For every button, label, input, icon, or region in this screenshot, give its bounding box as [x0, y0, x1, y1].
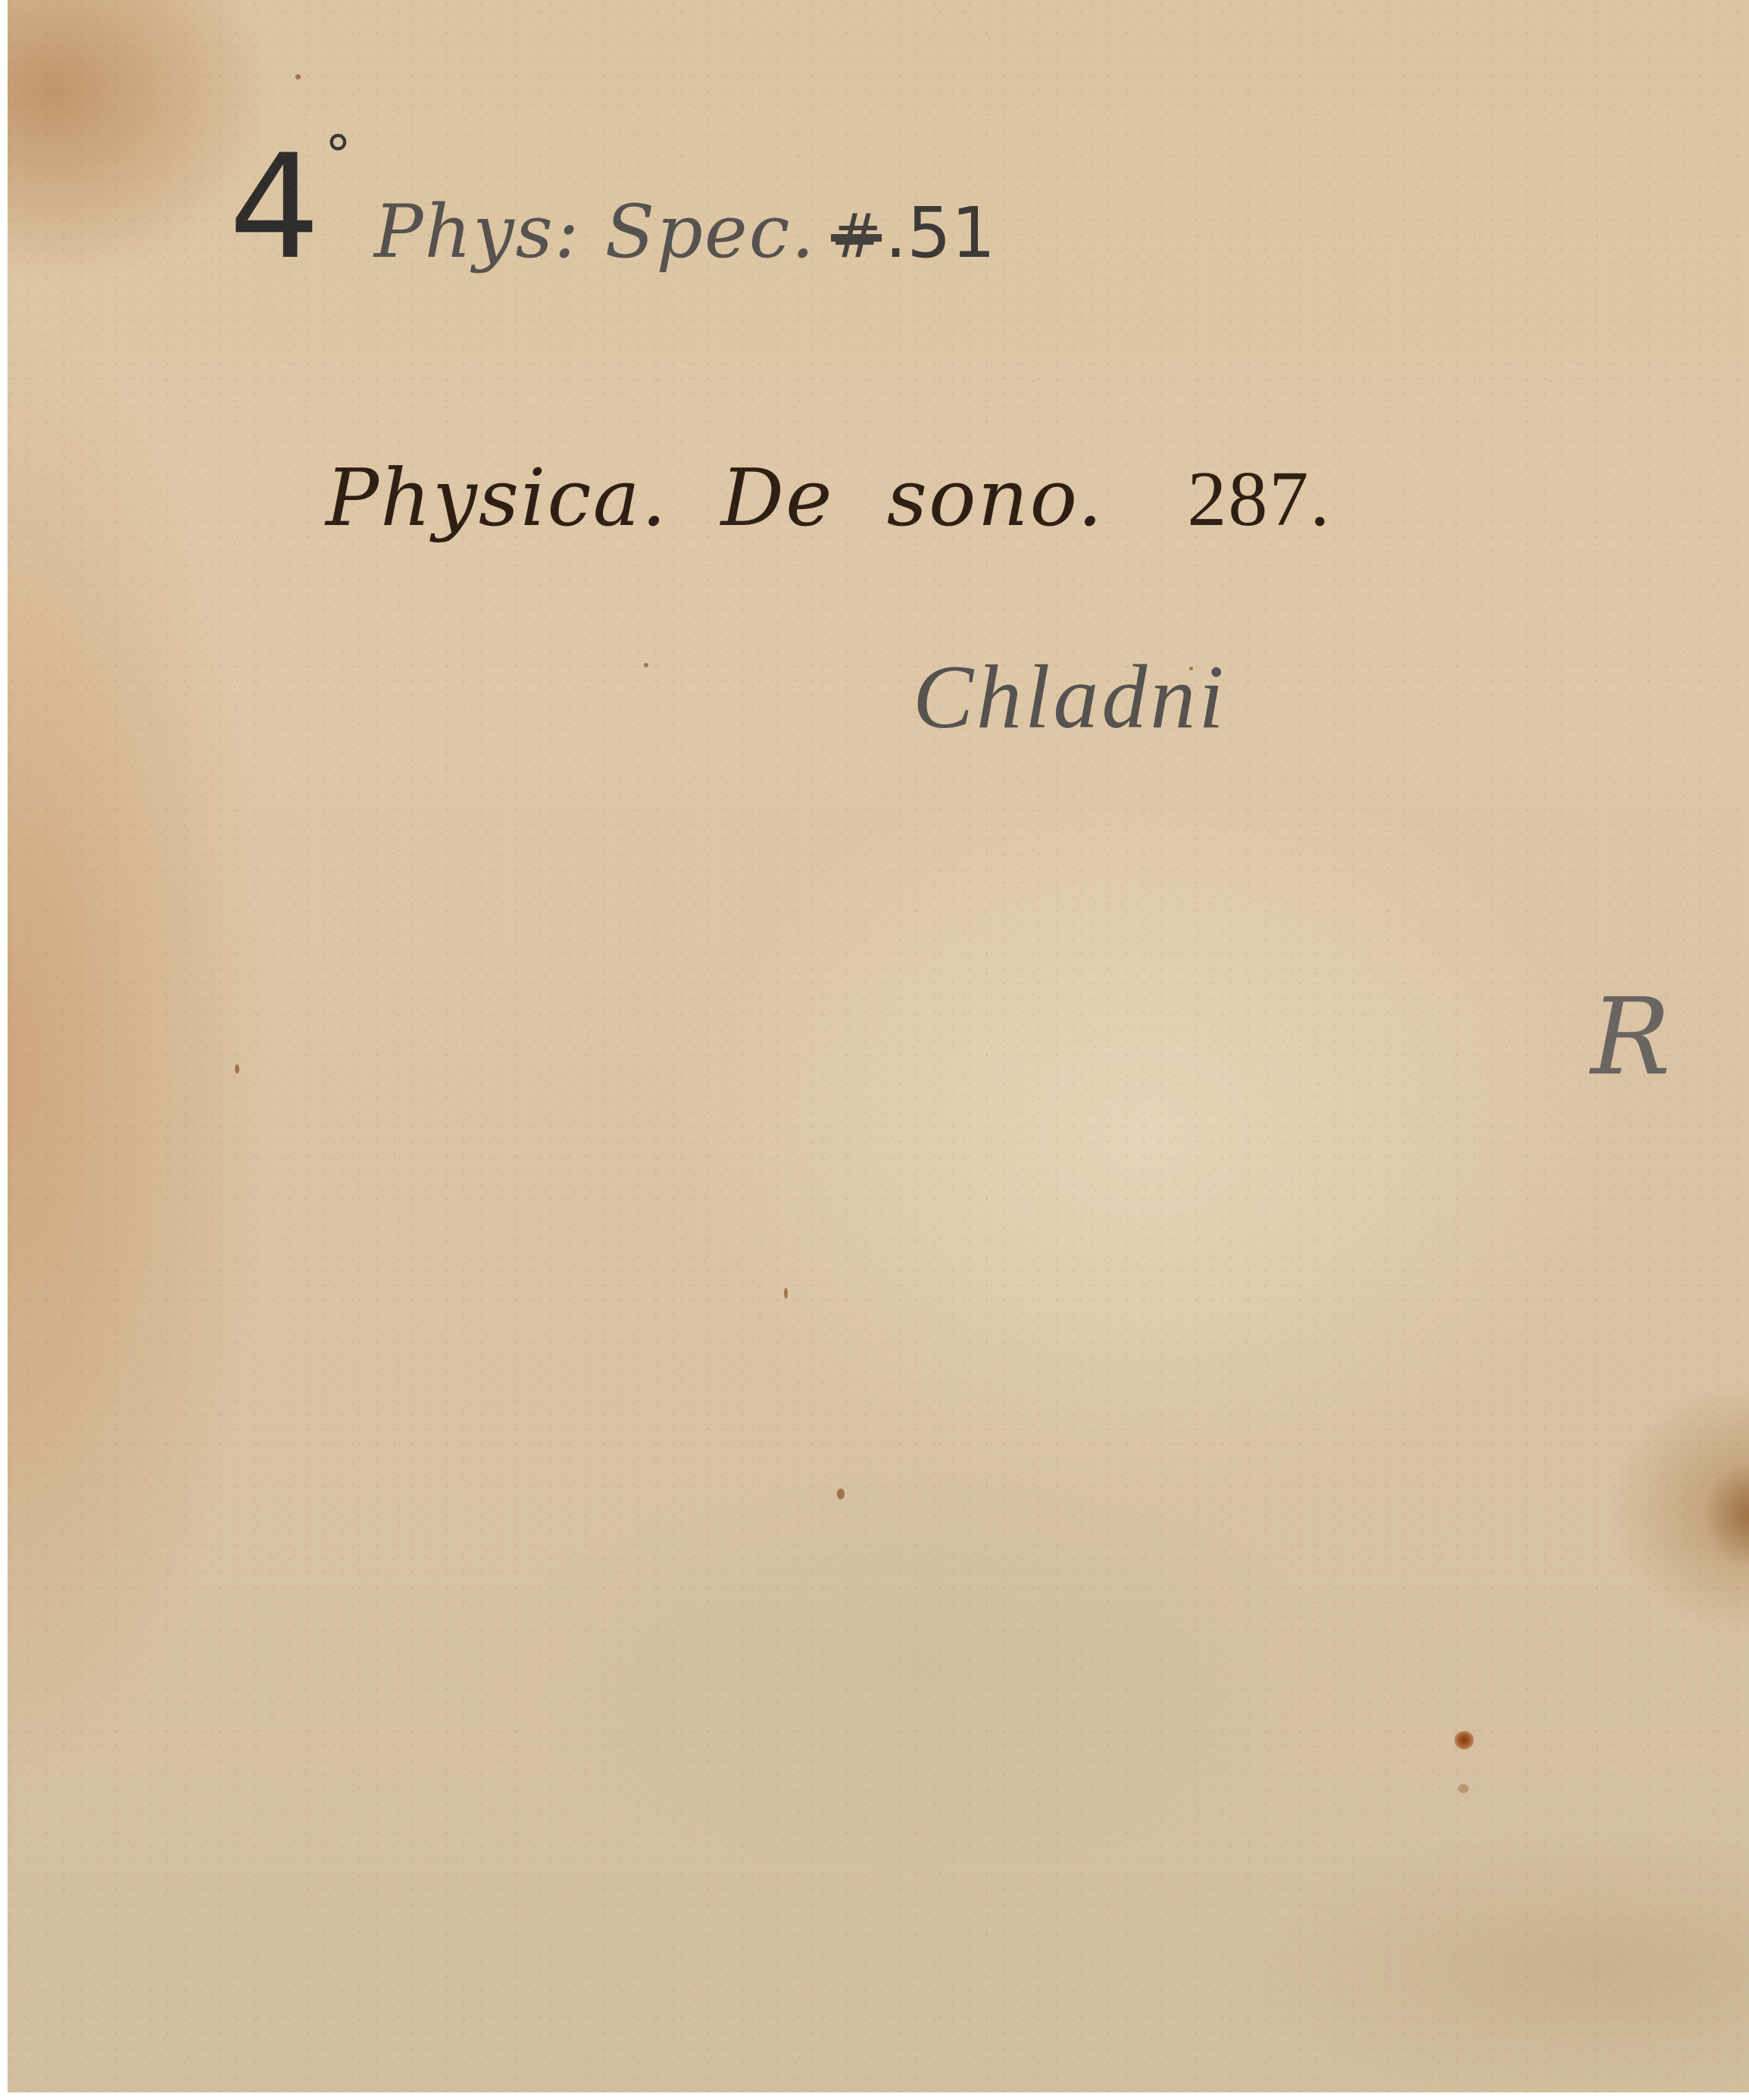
- title-annotation: Physica.Desono.287.: [326, 458, 1384, 539]
- shelfmark-label: Phys: Spec.: [374, 189, 816, 274]
- endpaper-page: 4°Phys: Spec.#.51 Physica.Desono.287. Ch…: [8, 0, 1749, 2092]
- shelfmark-degree: °: [325, 124, 351, 186]
- author-annotation: Chladni: [913, 652, 1227, 742]
- paper-fleck: [235, 1064, 239, 1073]
- edge-stain: [1704, 1462, 1749, 1568]
- title-word-sono: sono.: [887, 452, 1104, 544]
- paper-fleck: [784, 1288, 788, 1298]
- paper-fleck: [644, 663, 648, 667]
- shelfmark-number: .51: [885, 192, 995, 273]
- shelfmark-annotation: 4°Phys: Spec.#.51: [229, 129, 995, 280]
- title-word-de: De: [721, 452, 834, 544]
- foxing-spot: [1454, 1731, 1474, 1749]
- title-number: 287.: [1187, 455, 1331, 542]
- paper-fleck: [837, 1489, 845, 1499]
- paper-fleck: [295, 74, 301, 80]
- title-word-physica: Physica.: [326, 452, 668, 544]
- margin-mark-r: R: [1591, 985, 1670, 1091]
- shelfmark-struck-mark: #: [831, 201, 882, 271]
- paper-fleck: [1458, 1784, 1469, 1793]
- shelfmark-format: 4: [229, 123, 320, 291]
